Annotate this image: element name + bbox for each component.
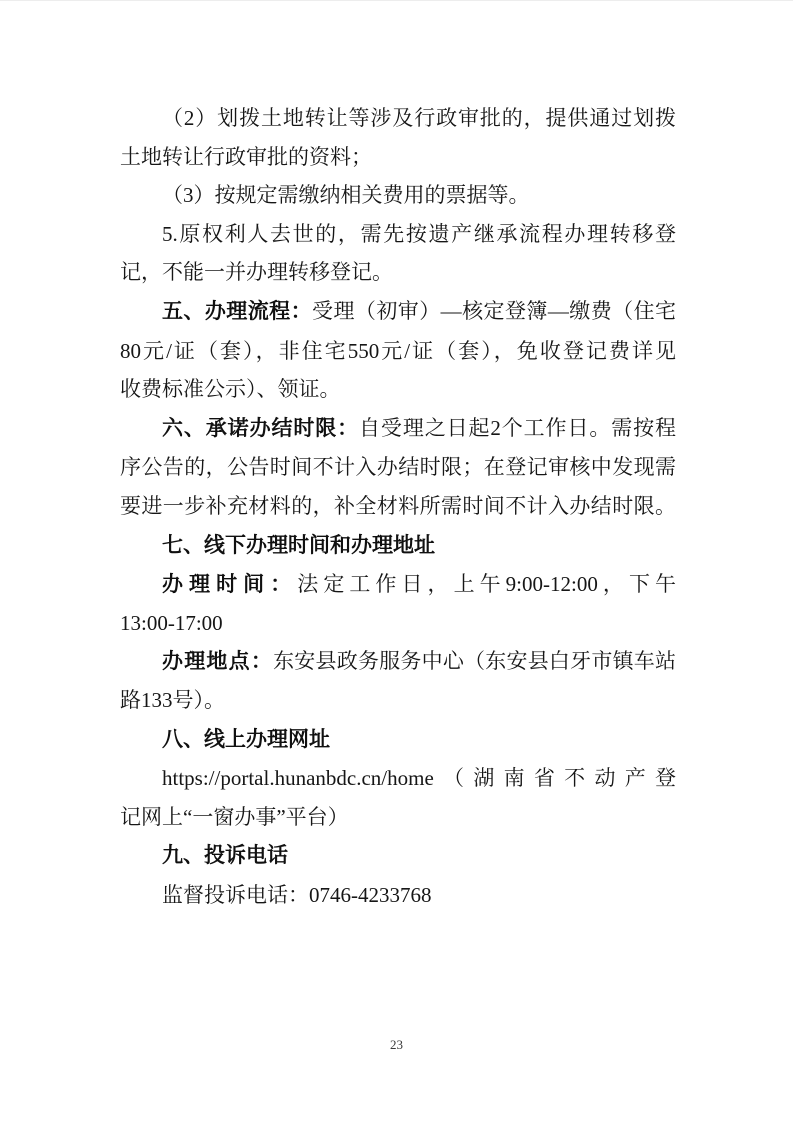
body-text: 记，不能一并办理转移登记。 bbox=[120, 260, 393, 284]
body-text: （3）按规定需缴纳相关费用的票据等。 bbox=[162, 183, 530, 207]
body-text: 记网上“一窗办事”平台） bbox=[120, 805, 349, 829]
document-line: 办理时间：法定工作日，上午9:00-12:00，下午 bbox=[120, 565, 676, 604]
field-label-text: 办理地点： bbox=[162, 649, 273, 673]
document-line: https://portal.hunanbdc.cn/home（湖南省不动产登 bbox=[120, 759, 676, 798]
document-line: 13:00-17:00 bbox=[120, 604, 676, 643]
body-text: 土地转让行政审批的资料； bbox=[120, 145, 372, 169]
section-heading-text: 五、办理流程： bbox=[162, 300, 312, 323]
document-line: 80元/证（套），非住宅550元/证（套），免收登记费详见 bbox=[120, 332, 676, 371]
document-line: 办理地点：东安县政务服务中心（东安县白牙市镇车站 bbox=[120, 642, 676, 681]
document-line: 五、办理流程：受理（初审）—核定登簿—缴费（住宅 bbox=[120, 292, 676, 332]
document-line: 监督投诉电话：0746-4233768 bbox=[120, 876, 676, 915]
document-line: 记网上“一窗办事”平台） bbox=[120, 798, 676, 837]
body-text: （2）划拨土地转让等涉及行政审批的，提供通过划拨 bbox=[162, 106, 676, 130]
section-heading-text: 八、线上办理网址 bbox=[162, 728, 330, 751]
field-label-text: 办理时间： bbox=[162, 572, 297, 596]
document-line: 收费标准公示）、领证。 bbox=[120, 370, 676, 409]
body-text: 13:00-17:00 bbox=[120, 611, 223, 635]
section-heading-text: 七、线下办理时间和办理地址 bbox=[162, 534, 435, 557]
body-text: 监督投诉电话：0746-4233768 bbox=[162, 883, 432, 907]
body-text: 要进一步补充材料的，补全材料所需时间不计入办结时限。 bbox=[120, 494, 676, 518]
document-line: 序公告的，公告时间不计入办结时限；在登记审核中发现需 bbox=[120, 448, 676, 487]
document-page: （2）划拨土地转让等涉及行政审批的，提供通过划拨土地转让行政审批的资料；（3）按… bbox=[0, 0, 793, 1122]
document-body: （2）划拨土地转让等涉及行政审批的，提供通过划拨土地转让行政审批的资料；（3）按… bbox=[120, 99, 676, 914]
document-line: 七、线下办理时间和办理地址 bbox=[120, 526, 676, 566]
section-heading-text: 九、投诉电话 bbox=[162, 844, 288, 867]
document-line: （2）划拨土地转让等涉及行政审批的，提供通过划拨 bbox=[120, 99, 676, 138]
document-line: 九、投诉电话 bbox=[120, 836, 676, 876]
document-line: 要进一步补充材料的，补全材料所需时间不计入办结时限。 bbox=[120, 487, 676, 526]
body-text: 80元/证（套），非住宅550元/证（套），免收登记费详见 bbox=[120, 339, 676, 363]
body-text: https://portal.hunanbdc.cn/home（湖南省不动产登 bbox=[162, 766, 676, 790]
body-text: 法定工作日，上午9:00-12:00，下午 bbox=[297, 572, 676, 596]
document-line: （3）按规定需缴纳相关费用的票据等。 bbox=[120, 176, 676, 215]
body-text: 受理（初审）—核定登簿—缴费（住宅 bbox=[312, 299, 676, 323]
body-text: 自受理之日起2个工作日。需按程 bbox=[359, 416, 676, 440]
document-line: 八、线上办理网址 bbox=[120, 720, 676, 760]
body-text: 东安县政务服务中心（东安县白牙市镇车站 bbox=[273, 649, 676, 673]
body-text: 5.原权利人去世的，需先按遗产继承流程办理转移登 bbox=[162, 222, 676, 246]
document-line: 土地转让行政审批的资料； bbox=[120, 138, 676, 177]
document-line: 路133号）。 bbox=[120, 681, 676, 720]
body-text: 序公告的，公告时间不计入办结时限；在登记审核中发现需 bbox=[120, 455, 676, 479]
document-line: 记，不能一并办理转移登记。 bbox=[120, 253, 676, 292]
section-heading-text: 六、承诺办结时限： bbox=[162, 417, 359, 440]
document-line: 5.原权利人去世的，需先按遗产继承流程办理转移登 bbox=[120, 215, 676, 254]
document-line: 六、承诺办结时限：自受理之日起2个工作日。需按程 bbox=[120, 409, 676, 449]
body-text: 收费标准公示）、领证。 bbox=[120, 377, 341, 401]
body-text: 路133号）。 bbox=[120, 688, 225, 712]
page-number: 23 bbox=[0, 1037, 793, 1053]
